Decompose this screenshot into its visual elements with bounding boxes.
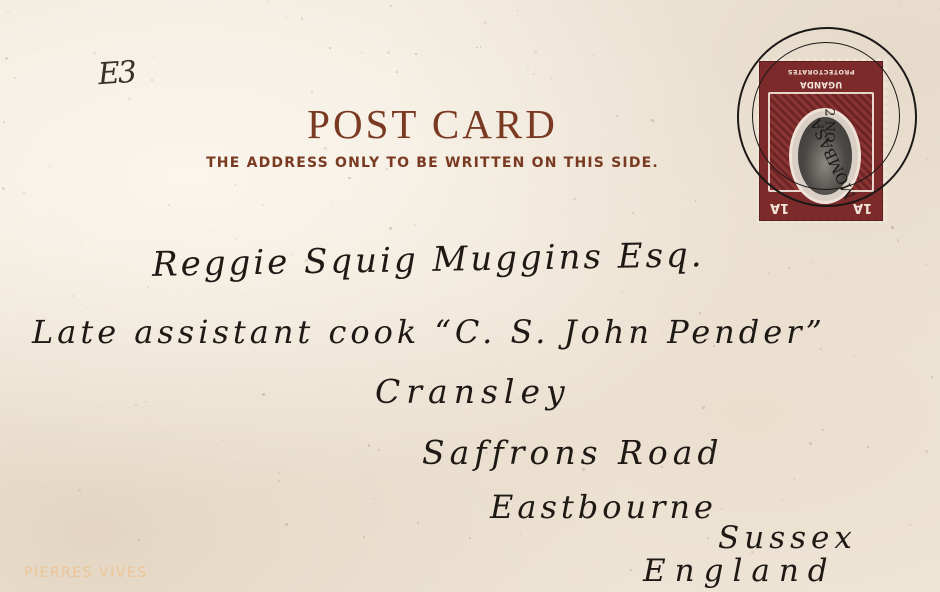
stamp-value-left: 1A <box>770 200 789 215</box>
reference-mark: E3 <box>97 55 136 92</box>
postmark-date: 2 NO <box>822 108 837 142</box>
address-instruction: THE ADDRESS ONLY TO BE WRITTEN ON THIS S… <box>0 155 865 171</box>
address-line-town: Eastbourne <box>490 488 717 526</box>
address-line-house: Cransley <box>375 372 571 411</box>
address-line-county: Sussex <box>718 520 857 556</box>
address-line-country: England <box>643 553 837 589</box>
watermark: PIERRES VIVES <box>24 565 148 581</box>
address-line-occupation: Late assistant cook “C. S. John Pender” <box>32 313 826 351</box>
address-line-street: Saffrons Road <box>422 433 724 472</box>
postcard: E3 POST CARD THE ADDRESS ONLY TO BE WRIT… <box>0 0 940 592</box>
address-line-name: Reggie Squig Muggins Esq. <box>152 235 705 285</box>
postcard-heading: POST CARD <box>0 100 865 148</box>
